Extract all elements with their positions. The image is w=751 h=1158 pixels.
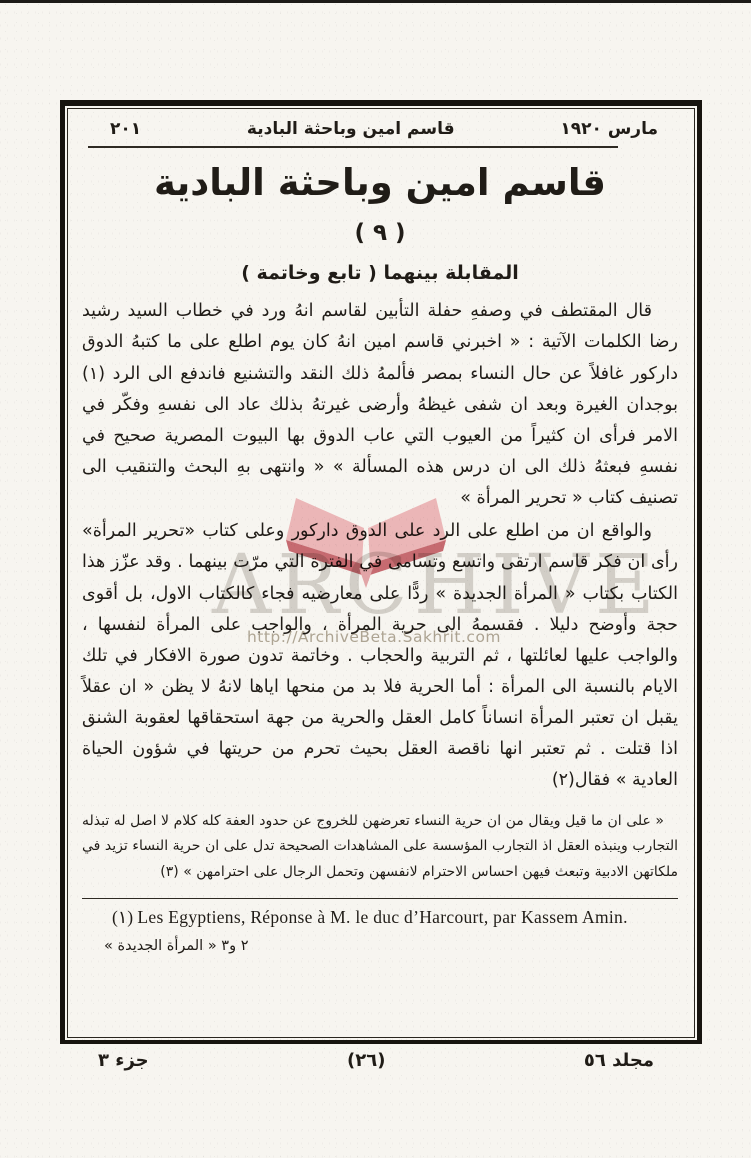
- scan-edge-line: [0, 0, 751, 3]
- footer-page: (٢٦): [347, 1050, 385, 1071]
- page-border-frame: مارس ١٩٢٠ قاسم امين وباحثة البادية ٢٠١ ق…: [60, 100, 702, 1044]
- running-title: قاسم امين وباحثة البادية: [247, 119, 455, 139]
- paragraph-2: والواقع ان من اطلع على الرد على الدوق دا…: [82, 516, 678, 796]
- running-header: مارس ١٩٢٠ قاسم امين وباحثة البادية ٢٠١: [82, 117, 678, 139]
- footnote-block: (١) Les Egyptiens, Réponse à M. le duc d…: [82, 898, 678, 954]
- paragraph-1: قال المقتطف في وصفهِ حفلة التأبين لقاسم …: [82, 296, 678, 514]
- header-rule: [88, 146, 618, 148]
- page-number: ٢٠١: [110, 119, 141, 139]
- footer-volume: مجلد ٥٦: [584, 1050, 654, 1071]
- issue-date: مارس ١٩٢٠: [560, 119, 658, 139]
- block-quote: « على ان ما قيل ويقال من ان حرية النساء …: [82, 809, 678, 887]
- footer-part: جزء ٣: [98, 1050, 149, 1071]
- article-title: قاسم امين وباحثة البادية: [82, 160, 678, 206]
- page-footer: مجلد ٥٦ (٢٦) جزء ٣: [60, 1050, 702, 1071]
- scanned-page: { "header": { "date": "مارس ١٩٢٠", "runn…: [0, 0, 751, 1158]
- footnote-french: (١) Les Egyptiens, Réponse à M. le duc d…: [82, 905, 678, 930]
- section-heading: المقابلة بينهما ( تابع وخاتمة ): [82, 262, 678, 284]
- footnote-arabic: ٢ و٣ « المرأة الجديدة »: [104, 938, 678, 954]
- page-border-frame-inner: مارس ١٩٢٠ قاسم امين وباحثة البادية ٢٠١ ق…: [67, 108, 695, 1038]
- article-part-number: ( ٩ ): [82, 220, 678, 246]
- article-body: قال المقتطف في وصفهِ حفلة التأبين لقاسم …: [82, 296, 678, 798]
